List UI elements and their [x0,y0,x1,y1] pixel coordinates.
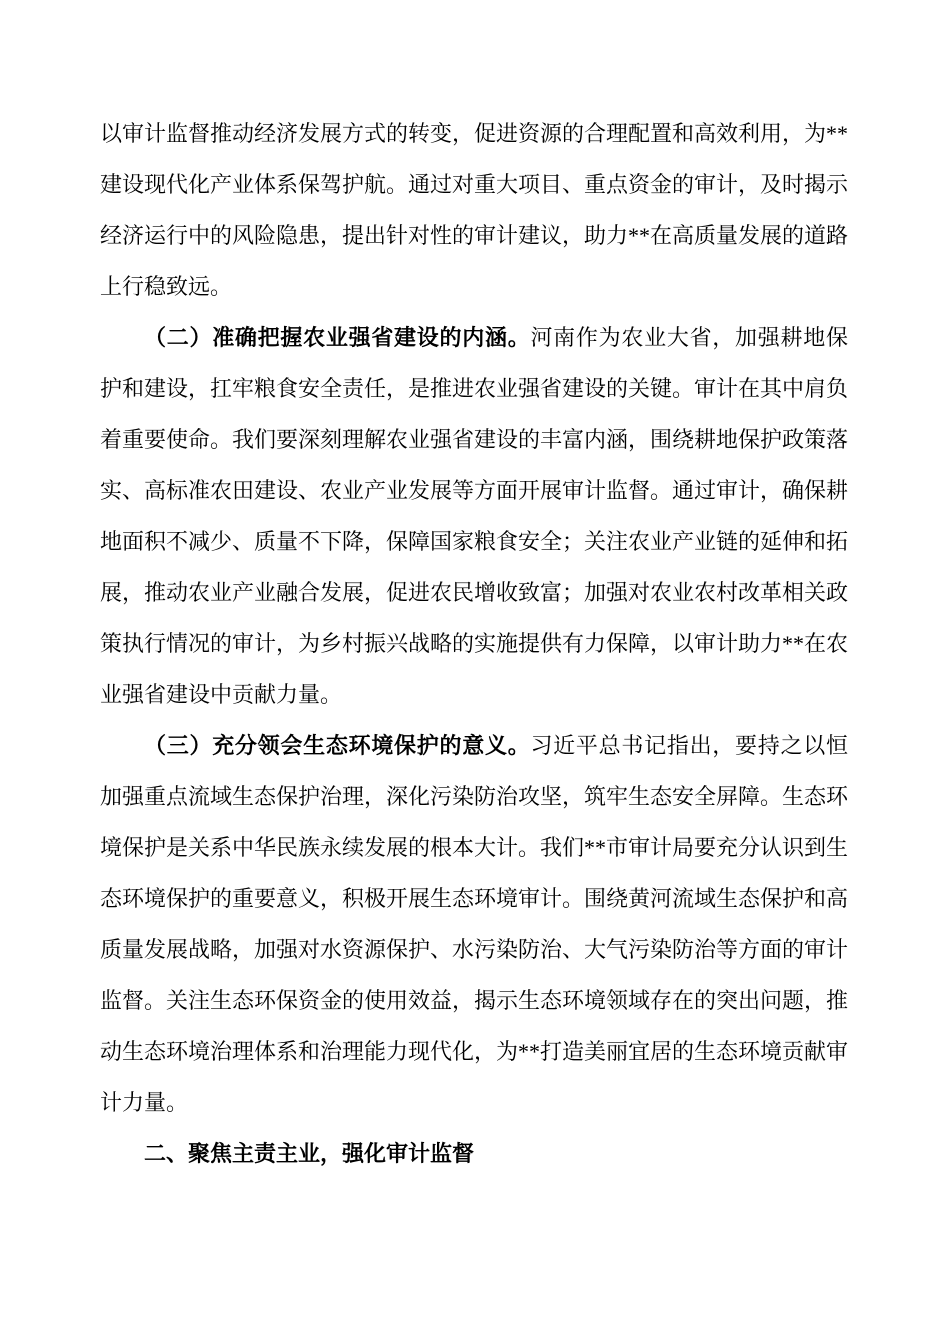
section-heading-2: 二、聚焦主责主业，强化审计监督 [100,1128,848,1179]
paragraph-continuation-text: 以审计监督推动经济发展方式的转变，促进资源的合理配置和高效利用，为**建设现代化… [100,121,848,299]
paragraph-section-3: （三）充分领会生态环境保护的意义。习近平总书记指出，要持之以恒加强重点流域生态保… [100,720,848,1128]
paragraph-section-2: （二）准确把握农业强省建设的内涵。河南作为农业大省，加强耕地保护和建设，扛牢粮食… [100,312,848,720]
paragraph-continuation: 以审计监督推动经济发展方式的转变，促进资源的合理配置和高效利用，为**建设现代化… [100,108,848,312]
paragraph-section-3-text: 习近平总书记指出，要持之以恒加强重点流域生态保护治理，深化污染防治攻坚，筑牢生态… [100,733,848,1115]
section-heading-2-text: 二、聚焦主责主业，强化审计监督 [144,1141,474,1166]
paragraph-section-3-heading: （三）充分领会生态环境保护的意义。 [144,733,530,758]
paragraph-section-2-text: 河南作为农业大省，加强耕地保护和建设，扛牢粮食安全责任，是推进农业强省建设的关键… [100,325,848,707]
document-page: 以审计监督推动经济发展方式的转变，促进资源的合理配置和高效利用，为**建设现代化… [0,0,950,1344]
paragraph-section-2-heading: （二）准确把握农业强省建设的内涵。 [144,325,530,350]
